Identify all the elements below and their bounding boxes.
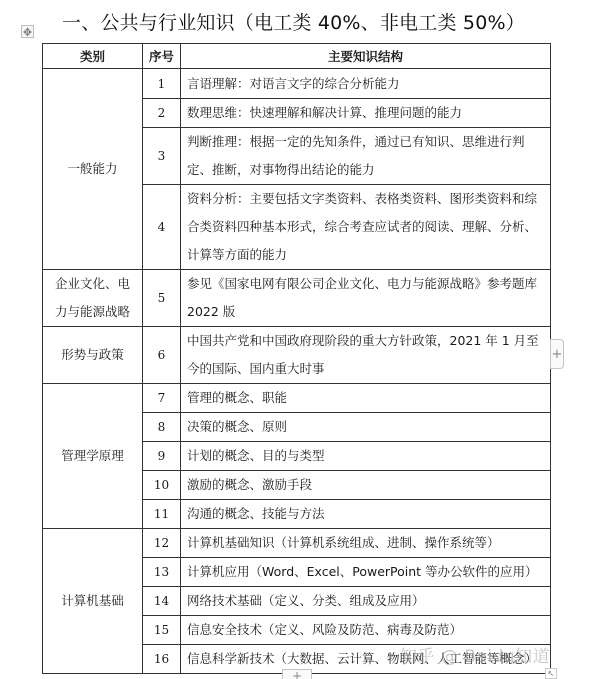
add-column-button[interactable]: + xyxy=(550,339,564,369)
table-row: 一般能力 1 言语理解：对语言文字的综合分析能力 xyxy=(43,69,551,99)
number-cell: 12 xyxy=(143,529,181,558)
category-cell: 企业文化、电力与能源战略 xyxy=(43,270,143,327)
description-cell: 计算机基础知识（计算机系统组成、进制、操作系统等） xyxy=(181,529,551,558)
category-cell: 计算机基础 xyxy=(43,529,143,674)
header-knowledge-structure: 主要知识结构 xyxy=(181,44,551,69)
table-row: 管理学原理 7 管理的概念、职能 xyxy=(43,384,551,413)
description-cell: 参见《国家电网有限公司企业文化、电力与能源战略》参考题库 2022 版 xyxy=(181,270,551,327)
number-cell: 11 xyxy=(143,500,181,529)
table-row: 形势与政策 6 中国共产党和中国政府现阶段的重大方针政策，2021 年 1 月至… xyxy=(43,327,551,384)
table-row: 企业文化、电力与能源战略 5 参见《国家电网有限公司企业文化、电力与能源战略》参… xyxy=(43,270,551,327)
description-cell: 沟通的概念、技能与方法 xyxy=(181,500,551,529)
description-cell: 判断推理：根据一定的先知条件，通过已有知识、思维进行判定、推断，对事物得出结论的… xyxy=(181,128,551,185)
add-row-button[interactable]: + xyxy=(282,669,312,679)
description-cell: 网络技术基础（定义、分类、组成及应用） xyxy=(181,587,551,616)
number-cell: 14 xyxy=(143,587,181,616)
category-cell: 一般能力 xyxy=(43,69,143,270)
number-cell: 8 xyxy=(143,413,181,442)
number-cell: 5 xyxy=(143,270,181,327)
number-cell: 13 xyxy=(143,558,181,587)
category-cell: 形势与政策 xyxy=(43,327,143,384)
header-number: 序号 xyxy=(143,44,181,69)
description-cell: 计划的概念、目的与类型 xyxy=(181,442,551,471)
number-cell: 1 xyxy=(143,69,181,99)
number-cell: 4 xyxy=(143,185,181,270)
description-cell: 数理思维：快速理解和解决计算、推理问题的能力 xyxy=(181,99,551,128)
number-cell: 7 xyxy=(143,384,181,413)
table-move-handle-icon[interactable]: ✥ xyxy=(21,25,34,38)
number-cell: 16 xyxy=(143,645,181,674)
number-cell: 15 xyxy=(143,616,181,645)
number-cell: 10 xyxy=(143,471,181,500)
table-header-row: 类别 序号 主要知识结构 xyxy=(43,44,551,69)
table-resize-handle-icon[interactable]: ↖ xyxy=(545,668,557,679)
number-cell: 6 xyxy=(143,327,181,384)
number-cell: 9 xyxy=(143,442,181,471)
description-cell: 资料分析：主要包括文字类资料、表格类资料、图形类资料和综合类资料四种基本形式，综… xyxy=(181,185,551,270)
description-cell: 计算机应用（Word、Excel、PowerPoint 等办公软件的应用） xyxy=(181,558,551,587)
number-cell: 3 xyxy=(143,128,181,185)
description-cell: 决策的概念、原则 xyxy=(181,413,551,442)
header-category: 类别 xyxy=(43,44,143,69)
watermark: 知乎 @ Baidu知道 xyxy=(400,642,550,667)
knowledge-structure-table: 类别 序号 主要知识结构 一般能力 1 言语理解：对语言文字的综合分析能力 2 … xyxy=(42,43,551,674)
section-title: 一、公共与行业知识（电工类 40%、非电工类 50%） xyxy=(62,8,525,35)
description-cell: 激励的概念、激励手段 xyxy=(181,471,551,500)
description-cell: 信息安全技术（定义、风险及防范、病毒及防范） xyxy=(181,616,551,645)
number-cell: 2 xyxy=(143,99,181,128)
description-cell: 言语理解：对语言文字的综合分析能力 xyxy=(181,69,551,99)
description-cell: 中国共产党和中国政府现阶段的重大方针政策，2021 年 1 月至今的国际、国内重… xyxy=(181,327,551,384)
category-cell: 管理学原理 xyxy=(43,384,143,529)
table-row: 计算机基础 12 计算机基础知识（计算机系统组成、进制、操作系统等） xyxy=(43,529,551,558)
description-cell: 管理的概念、职能 xyxy=(181,384,551,413)
